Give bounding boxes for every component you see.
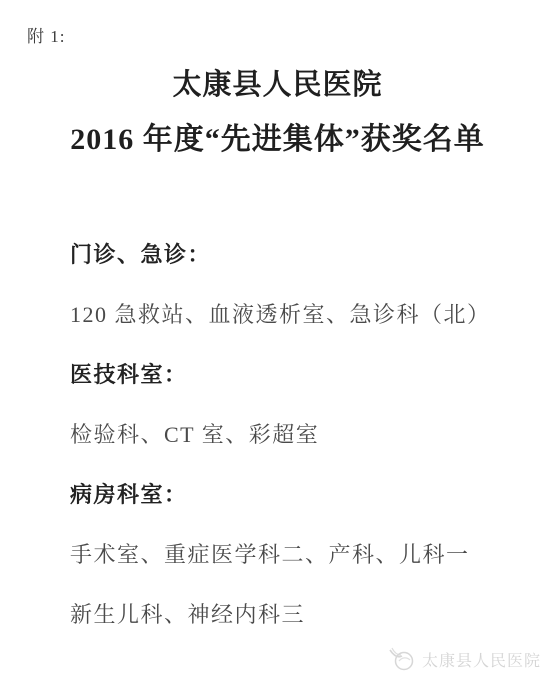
section-line: 检验科、CT 室、彩超室 (70, 405, 535, 465)
attachment-label: 附 1: (27, 22, 65, 47)
section-heading-outpatient-emergency: 门诊、急诊： (70, 225, 535, 285)
hospital-logo-icon (389, 647, 417, 672)
document-title: 太康县人民医院 (0, 68, 555, 102)
section-heading-ward-departments: 病房科室： (70, 465, 535, 525)
section-line: 120 急救站、血液透析室、急诊科（北） (70, 285, 535, 345)
award-list: 门诊、急诊： 120 急救站、血液透析室、急诊科（北） 医技科室： 检验科、CT… (70, 225, 535, 645)
publisher-watermark: 太康县人民医院 (389, 647, 541, 672)
section-heading-medical-tech: 医技科室： (70, 345, 535, 405)
section-line: 新生儿科、神经内科三 (70, 585, 535, 645)
section-line: 手术室、重症医学科二、产科、儿科一 (70, 525, 535, 585)
document-page: 附 1: 太康县人民医院 2016 年度“先进集体”获奖名单 门诊、急诊： 12… (0, 0, 555, 682)
watermark-text: 太康县人民医院 (422, 648, 541, 671)
document-subtitle: 2016 年度“先进集体”获奖名单 (0, 122, 555, 158)
